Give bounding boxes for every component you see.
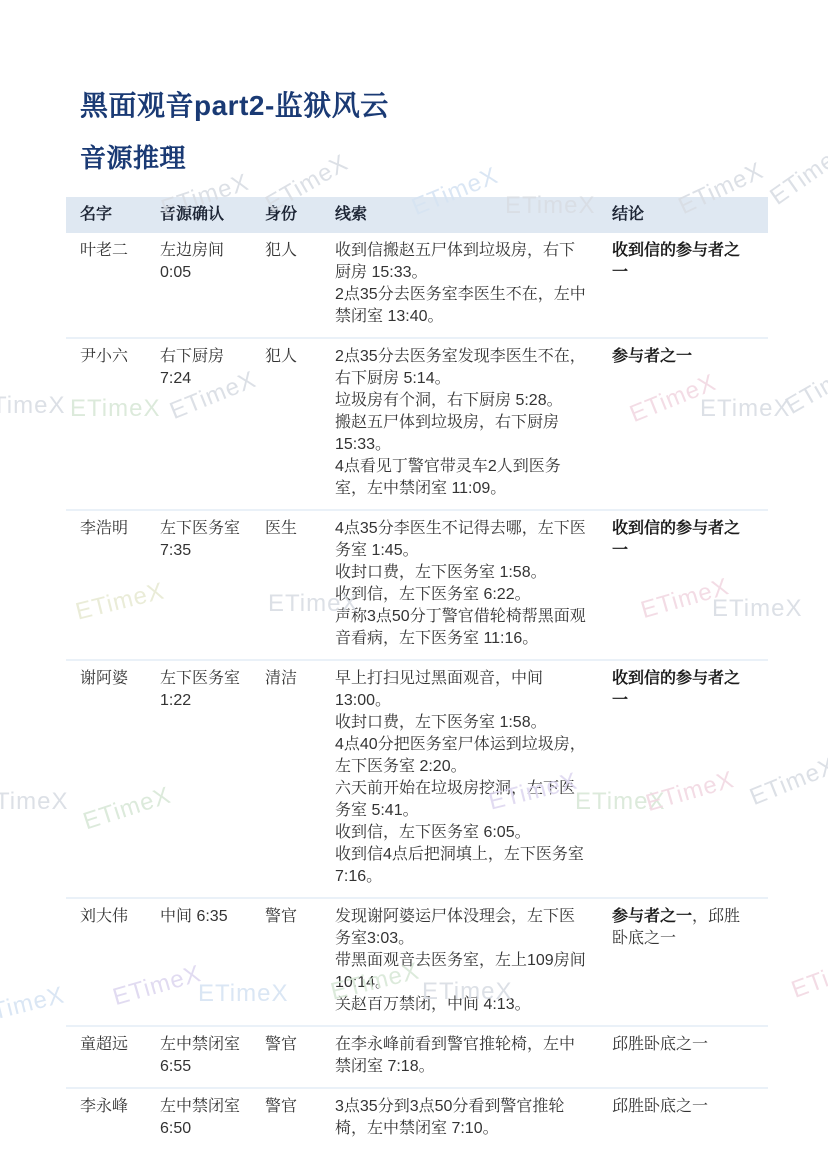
row-clues: 早上打扫见过黑面观音，中间 13:00。收封口费，左下医务室 1:58。4点40… xyxy=(335,668,612,888)
column-header-source: 音源确认 xyxy=(160,204,265,226)
clue-line: 带黑面观音去医务室，左上109房间 10:14。 xyxy=(335,950,586,994)
section-title: 音源推理 xyxy=(80,138,186,175)
table-body: 叶老二左边房间 0:05犯人收到信搬赵五尸体到垃圾房，右下厨房 15:33。2点… xyxy=(66,233,768,1149)
row-source: 左下医务室 1:22 xyxy=(160,668,265,712)
watermark-text: ETimeX xyxy=(0,981,68,1030)
row-conclusion: 邱胜卧底之一 xyxy=(612,1034,768,1056)
clue-line: 2点35分去医务室发现李医生不在，右下厨房 5:14。 xyxy=(335,346,586,390)
row-source: 左边房间 0:05 xyxy=(160,240,265,284)
clue-line: 早上打扫见过黑面观音，中间 13:00。 xyxy=(335,668,586,712)
row-clues: 3点35分到3点50分看到警官推轮椅，左中禁闭室 7:10。 xyxy=(335,1096,612,1140)
watermark-text: ETimeX xyxy=(0,392,65,420)
table-row: 叶老二左边房间 0:05犯人收到信搬赵五尸体到垃圾房，右下厨房 15:33。2点… xyxy=(66,233,768,337)
row-identity: 警官 xyxy=(265,1096,335,1118)
row-conclusion: 收到信的参与者之一 xyxy=(612,668,768,712)
conclusion-segment: 参与者之一 xyxy=(612,908,692,925)
row-name: 李浩明 xyxy=(66,518,160,540)
watermark-text: ETimeX xyxy=(0,788,68,816)
row-conclusion: 参与者之一，邱胜卧底之一 xyxy=(612,906,768,950)
table-row: 童超远左中禁闭室 6:55警官在李永峰前看到警官推轮椅，左中禁闭室 7:18。邱… xyxy=(66,1025,768,1087)
clue-line: 发现谢阿婆运尸体没理会，左下医务室3:03。 xyxy=(335,906,586,950)
row-conclusion: 收到信的参与者之一 xyxy=(612,240,768,284)
clue-line: 收到信搬赵五尸体到垃圾房，右下厨房 15:33。 xyxy=(335,240,586,284)
row-source: 右下厨房 7:24 xyxy=(160,346,265,390)
conclusion-segment: 邱胜卧底之一 xyxy=(612,1036,708,1053)
clue-line: 垃圾房有个洞，右下厨房 5:28。 xyxy=(335,390,586,412)
table-row: 李浩明左下医务室 7:35医生4点35分李医生不记得去哪，左下医务室 1:45。… xyxy=(66,509,768,659)
column-header-name: 名字 xyxy=(66,204,160,226)
clue-line: 在李永峰前看到警官推轮椅，左中禁闭室 7:18。 xyxy=(335,1034,586,1078)
clue-line: 2点35分去医务室李医生不在，左中禁闭室 13:40。 xyxy=(335,284,586,328)
column-header-clues: 线索 xyxy=(335,204,612,226)
watermark-text: ETimeX xyxy=(788,947,828,1004)
table-row: 刘大伟中间 6:35警官发现谢阿婆运尸体没理会，左下医务室3:03。带黑面观音去… xyxy=(66,897,768,1025)
table-row: 尹小六右下厨房 7:24犯人2点35分去医务室发现李医生不在，右下厨房 5:14… xyxy=(66,337,768,509)
clue-line: 收封口费，左下医务室 1:58。 xyxy=(335,562,586,584)
clue-line: 4点40分把医务室尸体运到垃圾房，左下医务室 2:20。 xyxy=(335,734,586,778)
row-name: 谢阿婆 xyxy=(66,668,160,690)
row-name: 李永峰 xyxy=(66,1096,160,1118)
clue-line: 关赵百万禁闭，中间 4:13。 xyxy=(335,994,586,1016)
clue-line: 声称3点50分丁警官借轮椅帮黑面观音看病，左下医务室 11:16。 xyxy=(335,606,586,650)
row-name: 刘大伟 xyxy=(66,906,160,928)
clue-line: 收封口费，左下医务室 1:58。 xyxy=(335,712,586,734)
page-title: 黑面观音part2-监狱风云 xyxy=(80,84,389,124)
row-clues: 收到信搬赵五尸体到垃圾房，右下厨房 15:33。2点35分去医务室李医生不在，左… xyxy=(335,240,612,328)
row-identity: 警官 xyxy=(265,906,335,928)
conclusion-segment: 收到信的参与者之一 xyxy=(612,242,740,281)
conclusion-segment: 邱胜卧底之一 xyxy=(612,1098,708,1115)
conclusion-segment: 参与者之一 xyxy=(612,348,692,365)
row-conclusion: 邱胜卧底之一 xyxy=(612,1096,768,1118)
row-identity: 犯人 xyxy=(265,240,335,262)
column-header-identity: 身份 xyxy=(265,204,335,226)
table-row: 谢阿婆左下医务室 1:22清洁早上打扫见过黑面观音，中间 13:00。收封口费，… xyxy=(66,659,768,897)
row-name: 尹小六 xyxy=(66,346,160,368)
table-row: 李永峰左中禁闭室 6:50警官3点35分到3点50分看到警官推轮椅，左中禁闭室 … xyxy=(66,1087,768,1149)
watermark-text: ETimeX xyxy=(765,137,828,212)
clue-line: 搬赵五尸体到垃圾房，右下厨房 15:33。 xyxy=(335,412,586,456)
clue-line: 收到信，左下医务室 6:05。 xyxy=(335,822,586,844)
row-identity: 清洁 xyxy=(265,668,335,690)
clue-line: 3点35分到3点50分看到警官推轮椅，左中禁闭室 7:10。 xyxy=(335,1096,586,1140)
clue-line: 收到信4点后把洞填上，左下医务室 7:16。 xyxy=(335,844,586,888)
conclusion-segment: 收到信的参与者之一 xyxy=(612,520,740,559)
conclusion-segment: 收到信的参与者之一 xyxy=(612,670,740,709)
row-name: 叶老二 xyxy=(66,240,160,262)
clue-line: 收到信，左下医务室 6:22。 xyxy=(335,584,586,606)
row-clues: 2点35分去医务室发现李医生不在，右下厨房 5:14。垃圾房有个洞，右下厨房 5… xyxy=(335,346,612,500)
row-name: 童超远 xyxy=(66,1034,160,1056)
row-identity: 警官 xyxy=(265,1034,335,1056)
watermark-text: ETimeX xyxy=(781,351,828,420)
clue-line: 4点看见丁警官带灵车2人到医务室，左中禁闭室 11:09。 xyxy=(335,456,586,500)
row-clues: 4点35分李医生不记得去哪，左下医务室 1:45。收封口费，左下医务室 1:58… xyxy=(335,518,612,650)
row-source: 左下医务室 7:35 xyxy=(160,518,265,562)
row-source: 左中禁闭室 6:55 xyxy=(160,1034,265,1078)
row-identity: 犯人 xyxy=(265,346,335,368)
row-clues: 发现谢阿婆运尸体没理会，左下医务室3:03。带黑面观音去医务室，左上109房间 … xyxy=(335,906,612,1016)
table-header-row: 名字 音源确认 身份 线索 结论 xyxy=(66,197,768,233)
clue-line: 4点35分李医生不记得去哪，左下医务室 1:45。 xyxy=(335,518,586,562)
row-identity: 医生 xyxy=(265,518,335,540)
row-conclusion: 参与者之一 xyxy=(612,346,768,368)
row-source: 左中禁闭室 6:50 xyxy=(160,1096,265,1140)
clue-line: 六天前开始在垃圾房挖洞，左下医务室 5:41。 xyxy=(335,778,586,822)
document-page: 黑面观音part2-监狱风云 音源推理 名字 音源确认 身份 线索 结论 叶老二… xyxy=(0,0,828,1171)
row-clues: 在李永峰前看到警官推轮椅，左中禁闭室 7:18。 xyxy=(335,1034,612,1078)
inference-table: 名字 音源确认 身份 线索 结论 叶老二左边房间 0:05犯人收到信搬赵五尸体到… xyxy=(66,197,768,1149)
column-header-conclusion: 结论 xyxy=(612,204,768,226)
row-conclusion: 收到信的参与者之一 xyxy=(612,518,768,562)
row-source: 中间 6:35 xyxy=(160,906,265,928)
